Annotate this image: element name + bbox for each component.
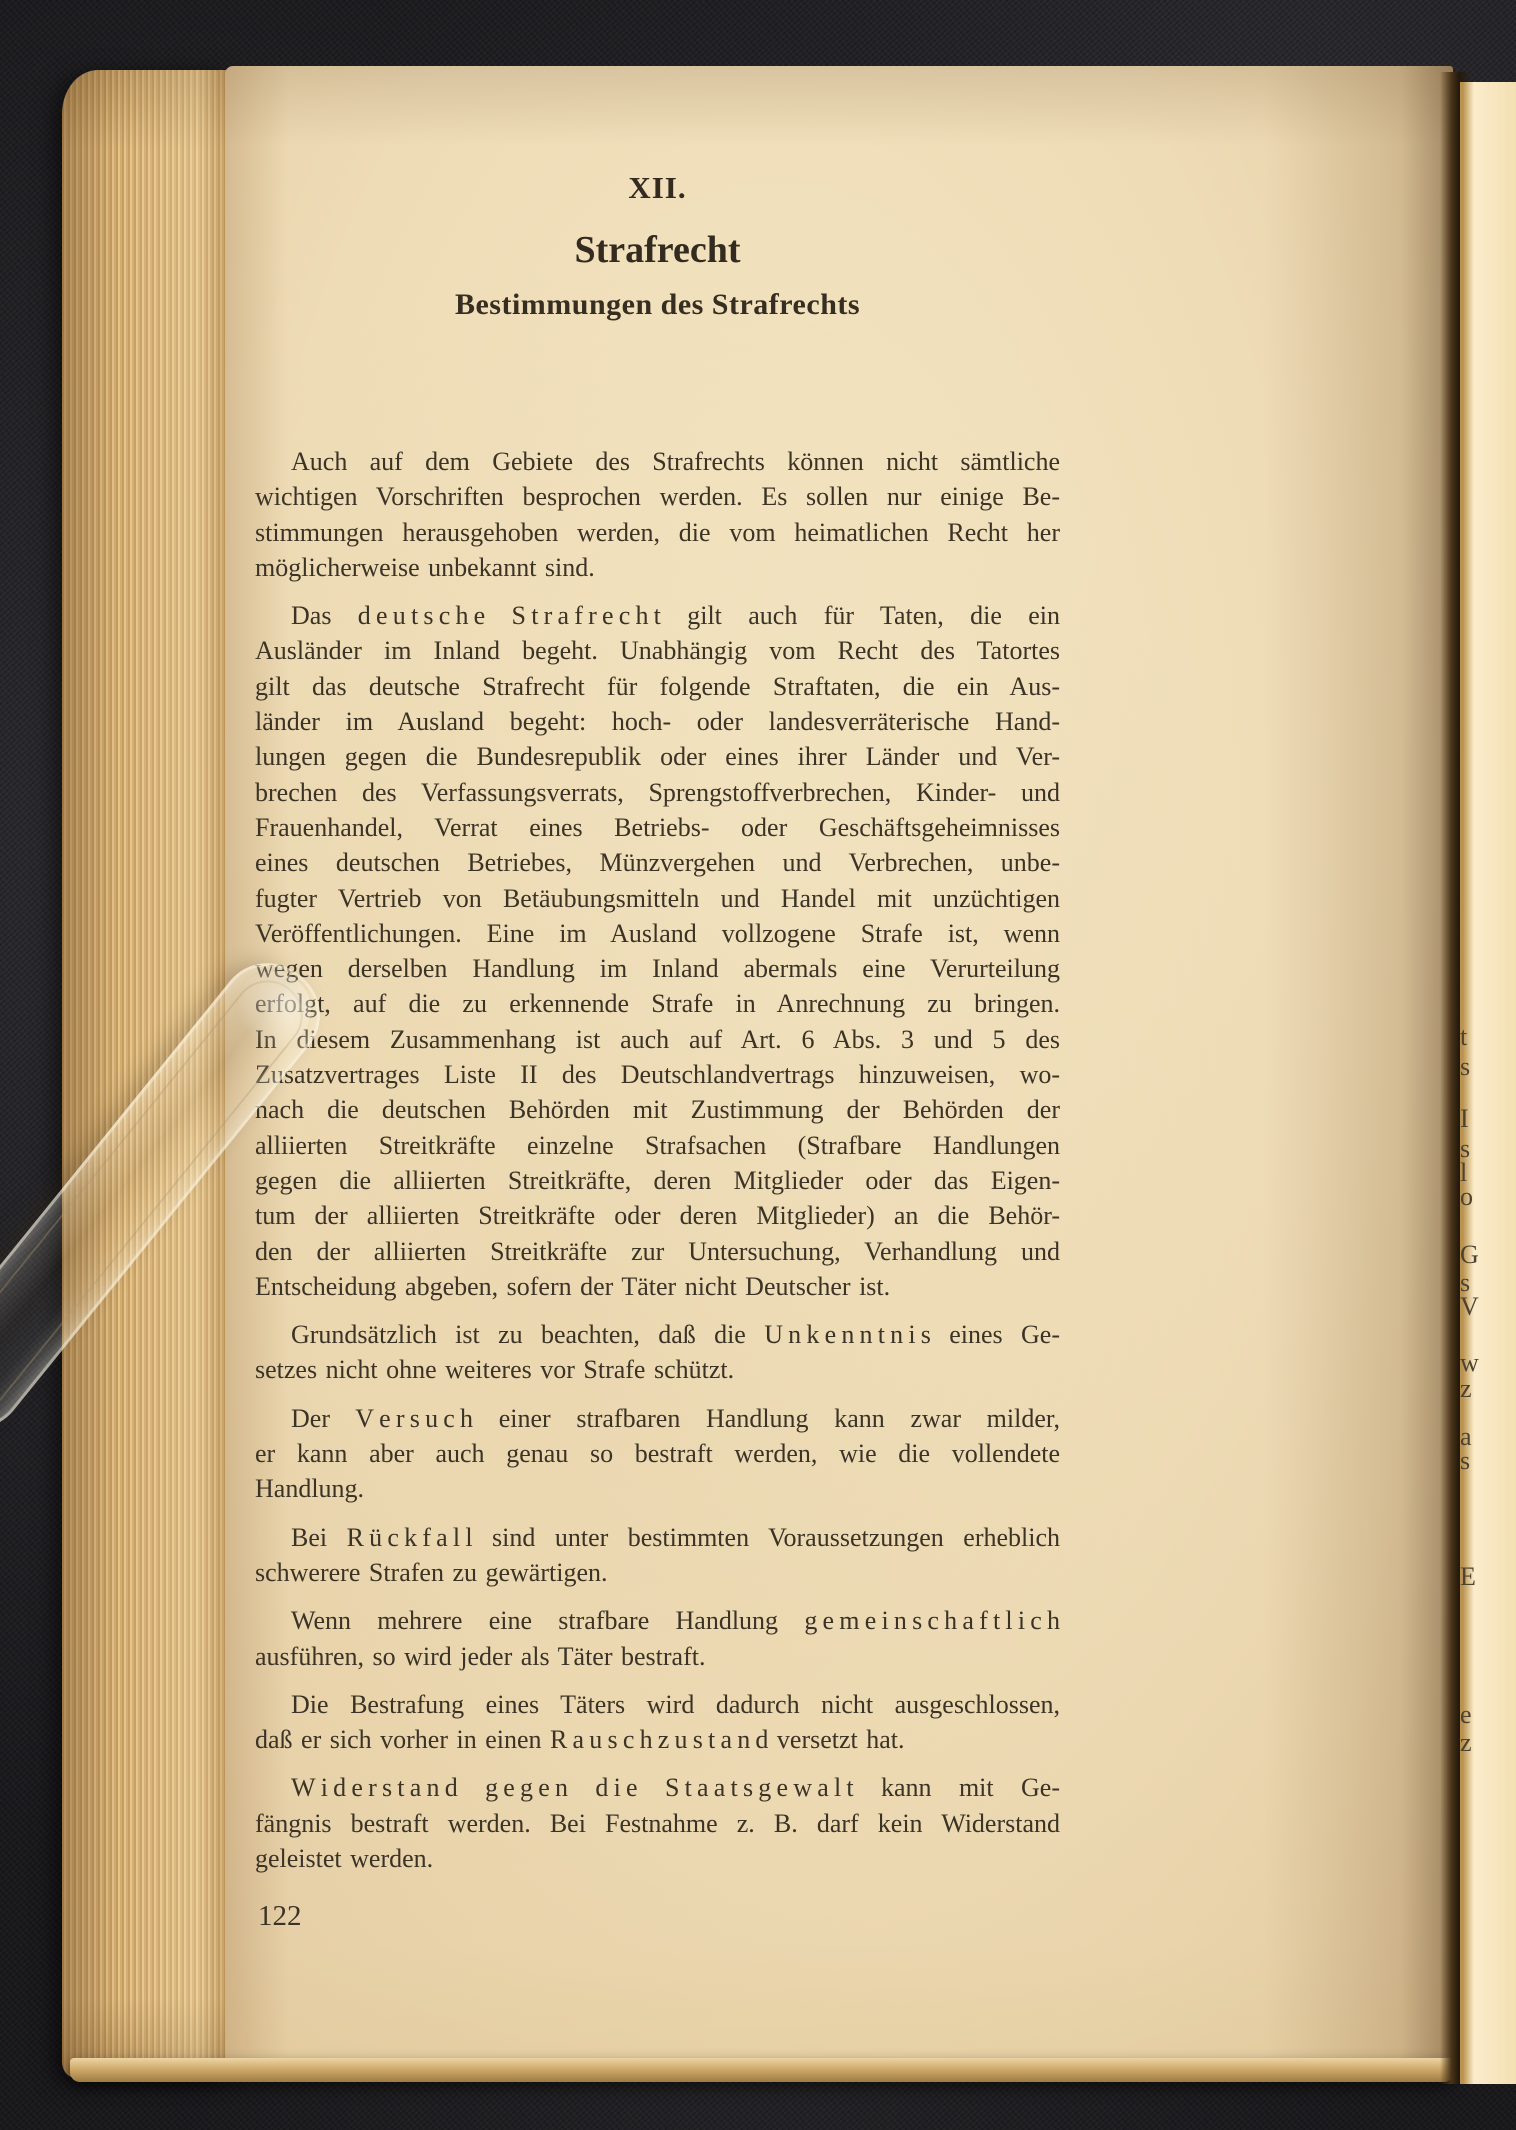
text-line: länder im Ausland begeht: hoch- oder lan… (255, 704, 1060, 739)
text-line: ausführen, so wird jeder als Täter bestr… (255, 1639, 1060, 1674)
text-line: möglicherweise unbekannt sind. (255, 550, 1060, 585)
text-line: Der V e r s u c h einer strafbaren Handl… (255, 1401, 1060, 1436)
text-line: Zusatzvertrages Liste II des Deutschland… (255, 1057, 1060, 1092)
paragraph: W i d e r s t a n d g e g e n d i e S t … (255, 1770, 1060, 1876)
next-page-text-fragment: z (1460, 1374, 1500, 1404)
text-line: W i d e r s t a n d g e g e n d i e S t … (255, 1770, 1060, 1805)
text-line: gegen die alliierten Streitkräfte, deren… (255, 1163, 1060, 1198)
text-line: stimmungen herausgehoben werden, die vom… (255, 515, 1060, 550)
text-line: lungen gegen die Bundesrepublik oder ein… (255, 739, 1060, 774)
text-line: setzes nicht ohne weiteres vor Strafe sc… (255, 1352, 1060, 1387)
text-line: geleistet werden. (255, 1841, 1060, 1876)
text-line: Die Bestrafung eines Täters wird dadurch… (255, 1687, 1060, 1722)
text-line: wichtigen Vorschriften besprochen werden… (255, 479, 1060, 514)
book-bottom-edge (70, 2058, 1454, 2082)
body-text: Auch auf dem Gebiete des Strafrechts kön… (255, 444, 1060, 1889)
text-line: In diesem Zusammenhang ist auch auf Art.… (255, 1022, 1060, 1057)
text-line: den der alliierten Streitkräfte zur Unte… (255, 1234, 1060, 1269)
text-line: fugter Vertrieb von Betäubungsmitteln un… (255, 881, 1060, 916)
book-photo: { "page": { "chapter_number": "XII.", "t… (0, 0, 1516, 2130)
next-page-text-fragment: s (1460, 1446, 1500, 1476)
paragraph: Wenn mehrere eine strafbare Handlung g e… (255, 1603, 1060, 1674)
text-line: Ausländer im Inland begeht. Unabhängig v… (255, 633, 1060, 668)
text-line: Veröffentlichungen. Eine im Ausland voll… (255, 916, 1060, 951)
paragraph: Der V e r s u c h einer strafbaren Handl… (255, 1401, 1060, 1507)
next-page-edge: tsIsloGsVwzasEez (1460, 82, 1516, 2084)
text-line: Handlung. (255, 1471, 1060, 1506)
text-line: brechen des Verfassungsverrats, Sprengst… (255, 775, 1060, 810)
text-line: Wenn mehrere eine strafbare Handlung g e… (255, 1603, 1060, 1638)
text-line: daß er sich vorher in einen R a u s c h … (255, 1722, 1060, 1757)
text-line: Auch auf dem Gebiete des Strafrechts kön… (255, 444, 1060, 479)
text-line: eines deutschen Betriebes, Münzvergehen … (255, 845, 1060, 880)
text-line: Das d e u t s c h e S t r a f r e c h t … (255, 598, 1060, 633)
paragraph: Grundsätzlich ist zu beachten, daß die U… (255, 1317, 1060, 1388)
next-page-text-fragment: E (1460, 1562, 1500, 1592)
text-line: erfolgt, auf die zu erkennende Strafe in… (255, 986, 1060, 1021)
text-line: alliierten Streitkräfte einzelne Strafsa… (255, 1128, 1060, 1163)
text-line: fängnis bestraft werden. Bei Festnahme z… (255, 1806, 1060, 1841)
next-page-text-fragment: V (1460, 1292, 1500, 1322)
next-page-text-fragment: s (1460, 1052, 1500, 1082)
text-line: Grundsätzlich ist zu beachten, daß die U… (255, 1317, 1060, 1352)
next-page-text-fragment: o (1460, 1182, 1500, 1212)
page-subtitle: Bestimmungen des Strafrechts (255, 288, 1060, 322)
next-page-text-fragment: z (1460, 1728, 1500, 1758)
paragraph: Die Bestrafung eines Täters wird dadurch… (255, 1687, 1060, 1758)
next-page-text-fragment: t (1460, 1022, 1500, 1052)
text-line: Frauenhandel, Verrat eines Betriebs- ode… (255, 810, 1060, 845)
text-line: Bei R ü c k f a l l sind unter bestimmte… (255, 1520, 1060, 1555)
paragraph: Auch auf dem Gebiete des Strafrechts kön… (255, 444, 1060, 585)
chapter-number: XII. (255, 170, 1060, 206)
text-line: Entscheidung abgeben, sofern der Täter n… (255, 1269, 1060, 1304)
page-title: Strafrecht (255, 228, 1060, 272)
next-page-text-fragment: I (1460, 1104, 1500, 1134)
text-line: nach die deutschen Behörden mit Zustimmu… (255, 1092, 1060, 1127)
text-line: tum der alliierten Streitkräfte oder der… (255, 1198, 1060, 1233)
text-line: wegen derselben Handlung im Inland aberm… (255, 951, 1060, 986)
next-page-text-fragment: G (1460, 1240, 1500, 1270)
text-line: er kann aber auch genau so bestraft werd… (255, 1436, 1060, 1471)
paragraph: Das d e u t s c h e S t r a f r e c h t … (255, 598, 1060, 1304)
paragraph: Bei R ü c k f a l l sind unter bestimmte… (255, 1520, 1060, 1591)
text-line: gilt das deutsche Strafrecht für folgend… (255, 669, 1060, 704)
page-number: 122 (258, 1900, 302, 1933)
text-line: schwerere Strafen zu gewärtigen. (255, 1555, 1060, 1590)
next-page-text-fragment: e (1460, 1700, 1500, 1730)
